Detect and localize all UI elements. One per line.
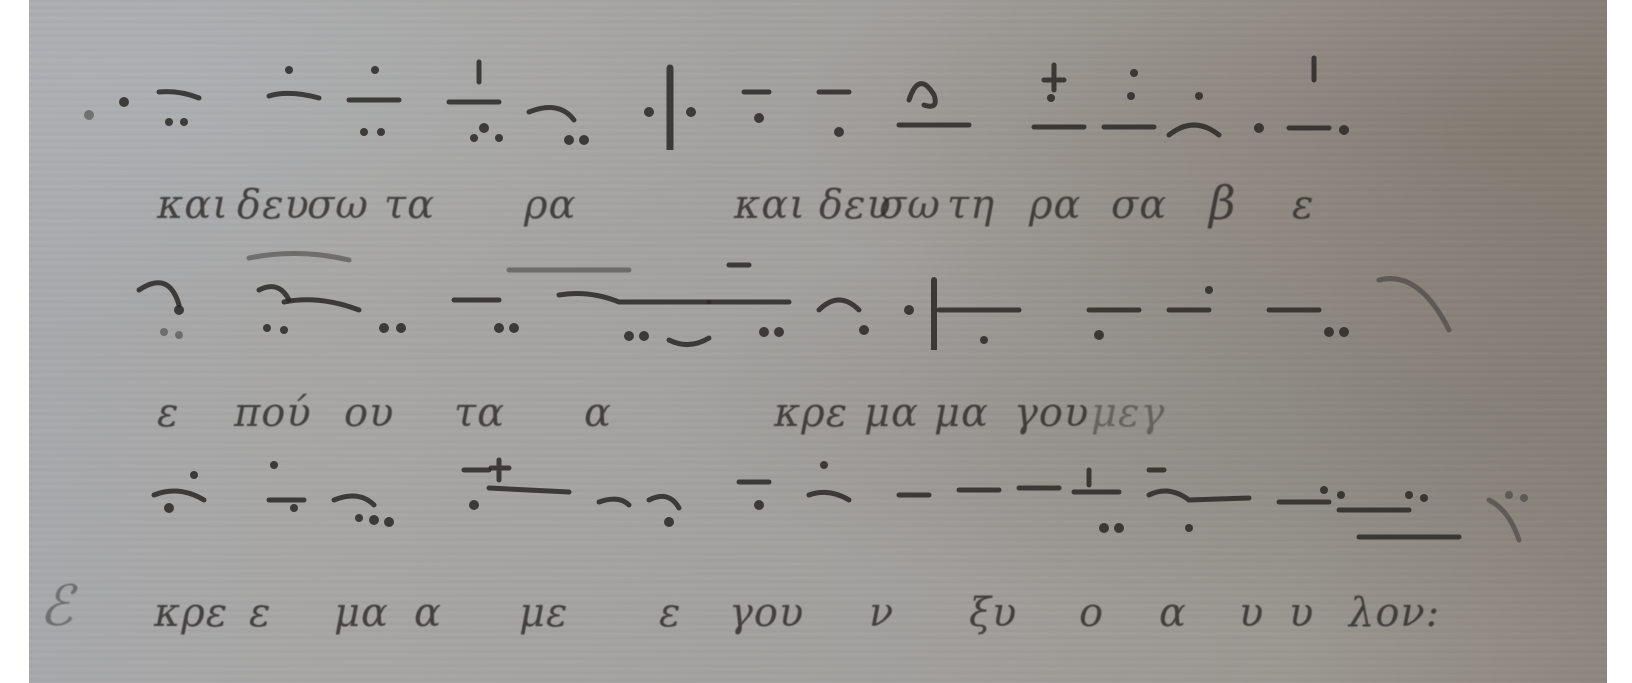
lyric-syllable: α	[584, 390, 612, 436]
lyric-syllable: και	[157, 182, 229, 228]
initial-flourish: ℰ	[39, 574, 74, 639]
lyric-syllable: υ	[1239, 590, 1264, 636]
lyric-syllable: ε	[659, 590, 681, 636]
lyric-syllable: ου	[344, 390, 394, 436]
neume-glyphs-icon	[29, 40, 1607, 150]
lyric-syllable: ε	[1292, 182, 1314, 228]
lyric-syllable: β	[1209, 176, 1237, 230]
neume-row-2	[29, 240, 1607, 350]
lyric-syllable: μα	[934, 390, 989, 436]
lyric-syllable: σω	[879, 182, 941, 228]
lyric-syllable: λον:	[1349, 590, 1440, 636]
neume-glyphs-icon	[29, 440, 1607, 550]
lyric-syllable: σω	[307, 182, 369, 228]
lyric-syllable: ο	[1079, 590, 1104, 636]
lyric-syllable: α	[1159, 590, 1187, 636]
lyric-line-1: και δευ σω τα ρα και δευ σω τη ρα σα β ε	[29, 182, 1607, 242]
lyric-syllable: ρα	[524, 182, 577, 228]
lyric-syllable: κρε	[154, 590, 228, 636]
lyric-syllable: δευ	[237, 182, 310, 228]
lyric-line-3: ℰ κρε ε μα α με ε γου ν ξυ ο α υ υ λον:	[29, 590, 1607, 650]
lyric-syllable: γου	[1014, 390, 1089, 436]
lyric-syllable: ξυ	[969, 590, 1017, 636]
lyric-syllable: ρα	[1029, 182, 1082, 228]
lyric-syllable: μεγ	[1091, 390, 1165, 436]
lyric-syllable: και	[734, 182, 806, 228]
lyric-syllable: κρε	[774, 390, 848, 436]
lyric-syllable: ε	[157, 390, 179, 436]
lyric-syllable: α	[414, 590, 442, 636]
lyric-syllable: σα	[1111, 182, 1167, 228]
lyric-syllable: τα	[384, 182, 435, 228]
neume-row-3	[29, 440, 1607, 550]
lyric-syllable: τη	[947, 182, 995, 228]
neume-glyphs-icon	[29, 240, 1607, 350]
manuscript-page: και δευ σω τα ρα και δευ σω τη ρα σα β ε	[29, 0, 1607, 683]
lyric-syllable: μα	[334, 590, 389, 636]
lyric-syllable: ε	[249, 590, 271, 636]
lyric-syllable: γου	[729, 590, 804, 636]
lyric-syllable: τα	[454, 390, 505, 436]
lyric-syllable: ν	[869, 590, 894, 636]
lyric-syllable: πού	[234, 390, 312, 436]
neume-row-1	[29, 40, 1607, 150]
lyric-syllable: μα	[864, 390, 919, 436]
lyric-syllable: με	[519, 590, 568, 636]
lyric-syllable: υ	[1289, 590, 1314, 636]
